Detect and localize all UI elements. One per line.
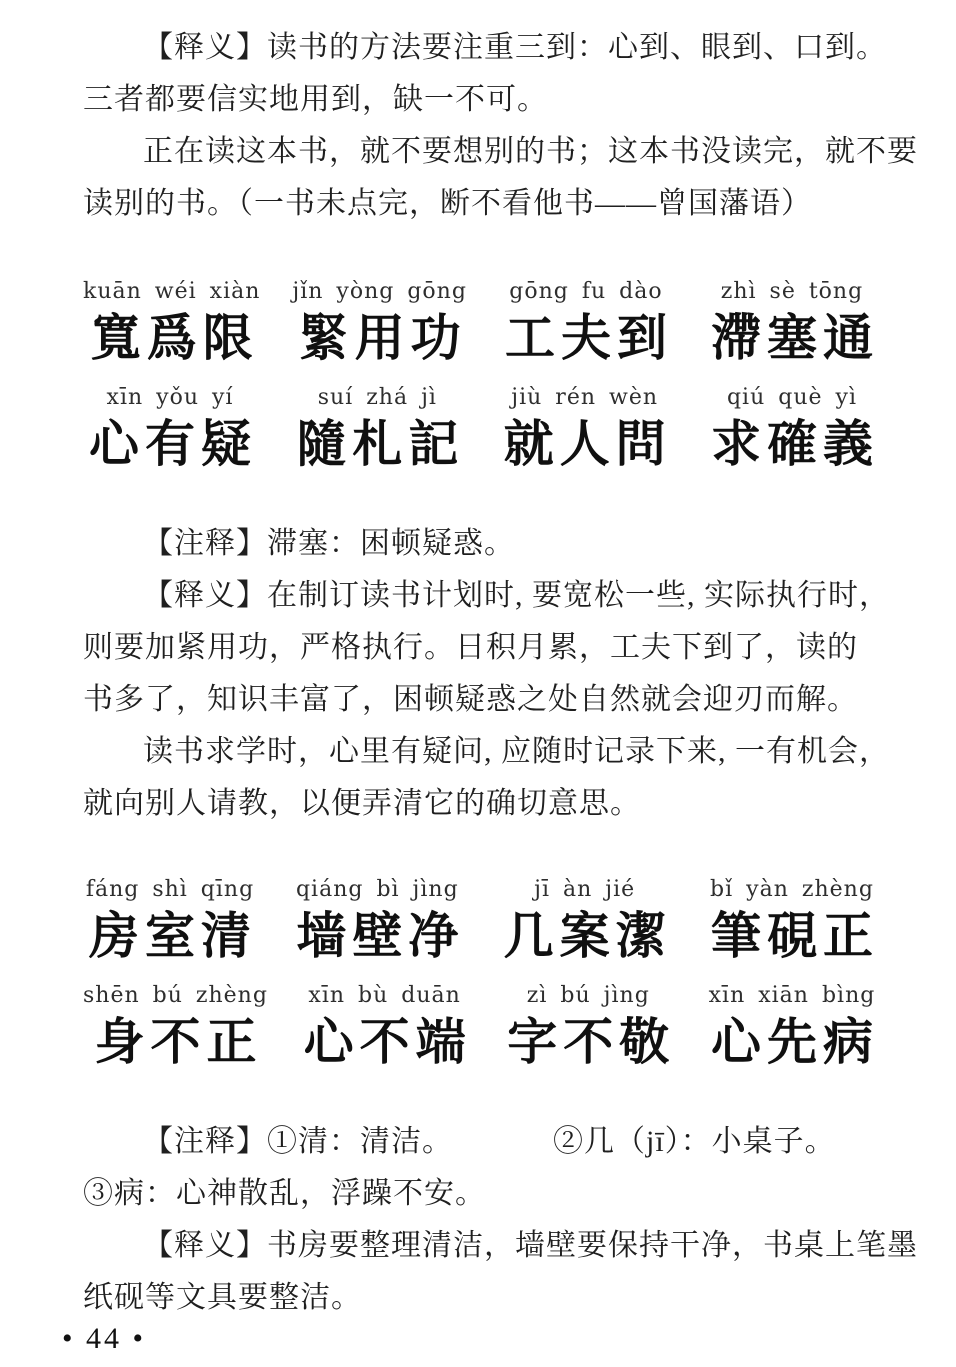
pinyin-text: xīn bù duān	[308, 982, 460, 1010]
verse-phrase: zì bú jìng 字不敬	[501, 982, 675, 1074]
pinyin-text: shēn bú zhèng	[83, 982, 268, 1010]
hanzi-text: 工夫到	[499, 306, 673, 370]
text-line: 正在读这本书，就不要想别的书；这本书没读完，就不要	[83, 126, 889, 178]
text-line: 【注释】滞塞：困顿疑惑。	[83, 518, 889, 570]
verse-block-1: kuān wéi xiàn 寬爲限 jǐn yòng gōng 緊用功 gōng…	[83, 278, 889, 476]
pinyin-text: gōng fu dào	[509, 278, 662, 306]
pinyin-text: qiáng bì jìng	[296, 876, 459, 904]
hanzi-text: 心先病	[705, 1010, 879, 1074]
verse-phrase: xīn xiān bìng 心先病	[705, 982, 879, 1074]
hanzi-text: 隨札記	[290, 412, 464, 476]
pinyin-text: jiù rén wèn	[511, 384, 658, 412]
verse-phrase: jī àn jié 几案潔	[498, 876, 672, 968]
pinyin-text: xīn xiān bìng	[709, 982, 876, 1010]
note-segment: 【注释】①清：清洁。	[143, 1125, 453, 1158]
pinyin-text: jǐn yòng gōng	[292, 278, 467, 306]
verse-phrase: jǐn yòng gōng 緊用功	[292, 278, 467, 370]
hanzi-text: 緊用功	[293, 306, 467, 370]
hanzi-text: 心有疑	[83, 412, 257, 476]
hanzi-text: 筆硯正	[705, 904, 879, 968]
text-line: 【释义】书房要整理清洁，墙壁要保持干净，书桌上笔墨	[83, 1220, 889, 1272]
verse-row: kuān wéi xiàn 寬爲限 jǐn yòng gōng 緊用功 gōng…	[83, 278, 879, 370]
verse-phrase: kuān wéi xiàn 寬爲限	[83, 278, 260, 370]
page-number: • 44 •	[62, 1322, 146, 1356]
hanzi-text: 寬爲限	[85, 306, 259, 370]
text-line: 就向别人请教，以便弄清它的确切意思。	[83, 778, 889, 830]
verse-phrase: bǐ yàn zhèng 筆硯正	[705, 876, 879, 968]
text-line: 【注释】①清：清洁。②几（jī）：小桌子。	[83, 1116, 889, 1168]
pinyin-text: kuān wéi xiàn	[83, 278, 260, 306]
text-line: 【释义】在制订读书计划时, 要宽松一些, 实际执行时，	[83, 570, 889, 622]
text-line: 【释义】读书的方法要注重三到：心到、眼到、口到。	[83, 22, 889, 74]
verse-phrase: zhì sè tōng 滯塞通	[705, 278, 879, 370]
book-page: 【释义】读书的方法要注重三到：心到、眼到、口到。 三者都要信实地用到，缺一不可。…	[0, 0, 956, 1367]
note-segment: ②几（jī）：小桌子。	[553, 1125, 836, 1158]
pinyin-text: qiú què yì	[727, 384, 857, 412]
hanzi-text: 求確義	[705, 412, 879, 476]
verse-row: fáng shì qīng 房室清 qiáng bì jìng 墙壁净 jī à…	[83, 876, 879, 968]
pinyin-text: suí zhá jì	[318, 384, 437, 412]
verse-row: xīn yǒu yí 心有疑 suí zhá jì 隨札記 jiù rén wè…	[83, 384, 879, 476]
verse-phrase: jiù rén wèn 就人問	[498, 384, 672, 476]
verse-block-2: fáng shì qīng 房室清 qiáng bì jìng 墙壁净 jī à…	[83, 876, 889, 1074]
pinyin-text: jī àn jié	[534, 876, 635, 904]
text-line: 书多了，知识丰富了，困顿疑惑之处自然就会迎刃而解。	[83, 674, 889, 726]
hanzi-text: 墙壁净	[290, 904, 464, 968]
hanzi-text: 心不端	[298, 1010, 472, 1074]
page-content: 【释义】读书的方法要注重三到：心到、眼到、口到。 三者都要信实地用到，缺一不可。…	[83, 22, 889, 1324]
pinyin-text: zhì sè tōng	[721, 278, 863, 306]
verse-row: shēn bú zhèng 身不正 xīn bù duān 心不端 zì bú …	[83, 982, 879, 1074]
verse-phrase: qiú què yì 求確義	[705, 384, 879, 476]
text-line: 读别的书。（一书未点完，断不看他书——曾国藩语）	[83, 178, 889, 230]
verse-phrase: qiáng bì jìng 墙壁净	[290, 876, 464, 968]
pinyin-text: zì bú jìng	[527, 982, 650, 1010]
hanzi-text: 滯塞通	[705, 306, 879, 370]
hanzi-text: 几案潔	[498, 904, 672, 968]
hanzi-text: 房室清	[83, 904, 257, 968]
verse-phrase: suí zhá jì 隨札記	[290, 384, 464, 476]
pinyin-text: xīn yǒu yí	[107, 384, 234, 412]
verse-phrase: xīn bù duān 心不端	[298, 982, 472, 1074]
verse-phrase: fáng shì qīng 房室清	[83, 876, 257, 968]
text-line: 纸砚等文具要整洁。	[83, 1272, 889, 1324]
hanzi-text: 字不敬	[501, 1010, 675, 1074]
text-line: 三者都要信实地用到，缺一不可。	[83, 74, 889, 126]
pinyin-text: fáng shì qīng	[86, 876, 254, 904]
hanzi-text: 就人問	[498, 412, 672, 476]
text-line: ③病：心神散乱，浮躁不安。	[83, 1168, 889, 1220]
pinyin-text: bǐ yàn zhèng	[710, 876, 874, 904]
verse-phrase: shēn bú zhèng 身不正	[83, 982, 268, 1074]
verse-phrase: gōng fu dào 工夫到	[499, 278, 673, 370]
text-line: 则要加紧用功，严格执行。日积月累，工夫下到了，读的	[83, 622, 889, 674]
verse-phrase: xīn yǒu yí 心有疑	[83, 384, 257, 476]
text-line: 读书求学时，心里有疑问, 应随时记录下来, 一有机会，	[83, 726, 889, 778]
hanzi-text: 身不正	[88, 1010, 262, 1074]
